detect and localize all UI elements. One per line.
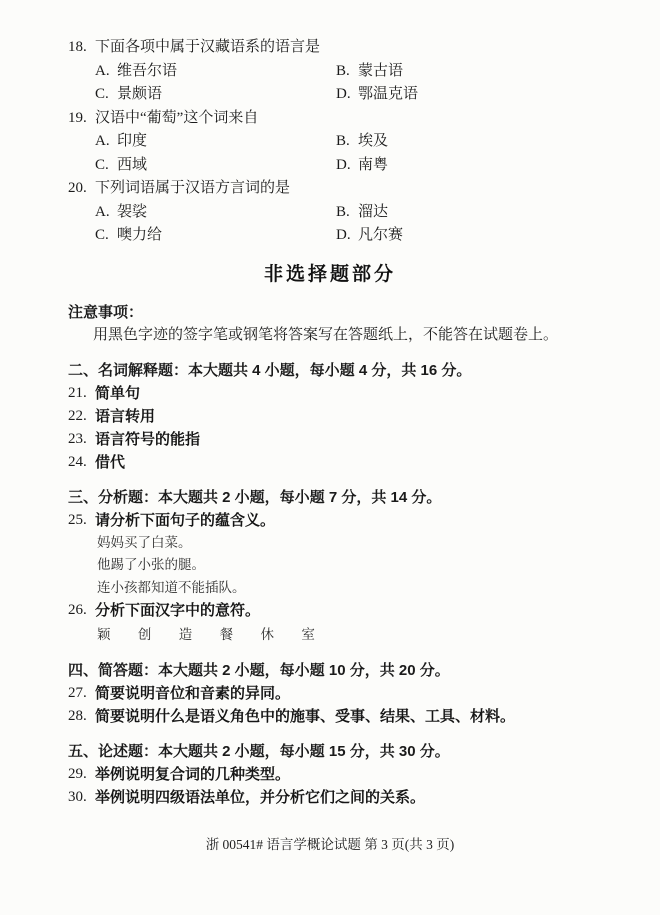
item-number: 30. [68,786,95,809]
exam-item-24: 24. 借代 [68,451,620,474]
section-title: 四、简答题：本大题共 2 小题，每小题 10 分，共 20 分。 [68,659,620,682]
choice-question-19: 19. 汉语中“葡萄”这个词来自 A. 印度 B. 埃及 C. 西域 [68,107,620,178]
exam-item-23: 23. 语言符号的能指 [68,428,620,451]
option-label: B. [336,130,358,154]
exam-item-25: 25. 请分析下面句子的蕴含义。 [68,509,620,532]
question-stem: 汉语中“葡萄”这个词来自 [95,107,258,131]
section-essay: 五、论述题：本大题共 2 小题，每小题 15 分，共 30 分。 29. 举例说… [68,740,620,809]
question-number: 19. [68,107,95,131]
notice-block: 注意事项： 用黑色字迹的签字笔或钢笔将答案写在答题纸上，不能答在试题卷上。 [68,301,620,347]
exam-item-28: 28. 简要说明什么是语义角色中的施事、受事、结果、工具、材料。 [68,705,620,728]
exam-item-30: 30. 举例说明四级语法单位，并分析它们之间的关系。 [68,786,620,809]
question-stem: 下面各项中属于汉藏语系的语言是 [95,36,320,60]
option-text: 噢力给 [117,224,162,248]
option-text: 袈裟 [117,201,147,225]
option-label: C. [95,83,117,107]
item-text: 借代 [95,451,125,474]
item-text: 语言转用 [95,405,155,428]
option-label: C. [95,154,117,178]
section-definitions: 二、名词解释题：本大题共 4 小题，每小题 4 分，共 16 分。 21. 简单… [68,359,620,474]
option-text: 溜达 [358,201,388,225]
option-b: B. 溜达 [336,201,388,225]
option-text: 景颇语 [117,83,162,107]
item-text: 请分析下面句子的蕴含义。 [95,509,275,532]
section-title: 二、名词解释题：本大题共 4 小题，每小题 4 分，共 16 分。 [68,359,620,382]
example-sentence: 他踢了小张的腿。 [97,554,620,577]
option-text: 西域 [117,154,147,178]
option-label: A. [95,130,117,154]
option-text: 南粤 [358,154,388,178]
item-number: 27. [68,682,95,705]
item-number: 28. [68,705,95,728]
item-number: 23. [68,428,95,451]
option-a: A. 维吾尔语 [95,60,336,84]
option-label: C. [95,224,117,248]
option-label: A. [95,60,117,84]
item-number: 24. [68,451,95,474]
exam-item-29: 29. 举例说明复合词的几种类型。 [68,763,620,786]
option-text: 印度 [117,130,147,154]
section-title: 三、分析题：本大题共 2 小题，每小题 7 分，共 14 分。 [68,486,620,509]
item-number: 26. [68,599,95,622]
option-d: D. 鄂温克语 [336,83,418,107]
section-short-answer: 四、简答题：本大题共 2 小题，每小题 10 分，共 20 分。 27. 简要说… [68,659,620,728]
notice-body: 用黑色字迹的签字笔或钢笔将答案写在答题纸上，不能答在试题卷上。 [68,324,620,347]
exam-item-26: 26. 分析下面汉字中的意符。 [68,599,620,622]
option-text: 凡尔赛 [358,224,403,248]
choice-question-18: 18. 下面各项中属于汉藏语系的语言是 A. 维吾尔语 B. 蒙古语 C. 景颇… [68,36,620,107]
analysis-character: 餐 [220,627,234,642]
analysis-characters: 颖 创 造 餐 休 室 [97,622,620,647]
option-label: D. [336,154,358,178]
analysis-character: 创 [138,627,152,642]
example-sentence: 连小孩都知道不能插队。 [97,577,620,600]
exam-item-22: 22. 语言转用 [68,405,620,428]
option-b: B. 蒙古语 [336,60,403,84]
option-label: B. [336,201,358,225]
analysis-character: 室 [301,627,315,642]
option-label: D. [336,224,358,248]
page-footer: 浙 00541# 语言学概论试题 第 3 页(共 3 页) [0,835,660,855]
item-text: 简要说明什么是语义角色中的施事、受事、结果、工具、材料。 [95,705,515,728]
item-number: 22. [68,405,95,428]
option-label: D. [336,83,358,107]
option-a: A. 印度 [95,130,336,154]
option-c: C. 景颇语 [95,83,336,107]
option-d: D. 南粤 [336,154,388,178]
section-analysis: 三、分析题：本大题共 2 小题，每小题 7 分，共 14 分。 25. 请分析下… [68,486,620,648]
question-stem: 下列词语属于汉语方言词的是 [95,177,290,201]
item-number: 25. [68,509,95,532]
option-a: A. 袈裟 [95,201,336,225]
option-label: B. [336,60,358,84]
example-sentence: 妈妈买了白菜。 [97,532,620,555]
option-b: B. 埃及 [336,130,388,154]
question-number: 18. [68,36,95,60]
section-heading: 非选择题部分 [0,262,660,288]
option-d: D. 凡尔赛 [336,224,403,248]
choice-question-20: 20. 下列词语属于汉语方言词的是 A. 袈裟 B. 溜达 C. 噢力给 [68,177,620,248]
option-label: A. [95,201,117,225]
exam-item-21: 21. 简单句 [68,382,620,405]
item-text: 举例说明四级语法单位，并分析它们之间的关系。 [95,786,425,809]
item-text: 简单句 [95,382,140,405]
item-text: 举例说明复合词的几种类型。 [95,763,290,786]
exam-item-27: 27. 简要说明音位和音素的异同。 [68,682,620,705]
option-text: 埃及 [358,130,388,154]
example-sentences: 妈妈买了白菜。 他踢了小张的腿。 连小孩都知道不能插队。 [97,532,620,600]
analysis-character: 休 [261,627,275,642]
option-text: 鄂温克语 [358,83,418,107]
item-text: 语言符号的能指 [95,428,200,451]
option-c: C. 西域 [95,154,336,178]
item-number: 21. [68,382,95,405]
item-number: 29. [68,763,95,786]
option-text: 蒙古语 [358,60,403,84]
analysis-character: 颖 [97,627,111,642]
option-c: C. 噢力给 [95,224,336,248]
item-text: 分析下面汉字中的意符。 [95,599,260,622]
exam-page: 18. 下面各项中属于汉藏语系的语言是 A. 维吾尔语 B. 蒙古语 C. 景颇… [0,0,660,915]
multiple-choice-section: 18. 下面各项中属于汉藏语系的语言是 A. 维吾尔语 B. 蒙古语 C. 景颇… [68,36,620,248]
item-text: 简要说明音位和音素的异同。 [95,682,290,705]
option-text: 维吾尔语 [117,60,177,84]
section-title: 五、论述题：本大题共 2 小题，每小题 15 分，共 30 分。 [68,740,620,763]
notice-title: 注意事项： [68,301,620,324]
question-number: 20. [68,177,95,201]
analysis-character: 造 [179,627,193,642]
